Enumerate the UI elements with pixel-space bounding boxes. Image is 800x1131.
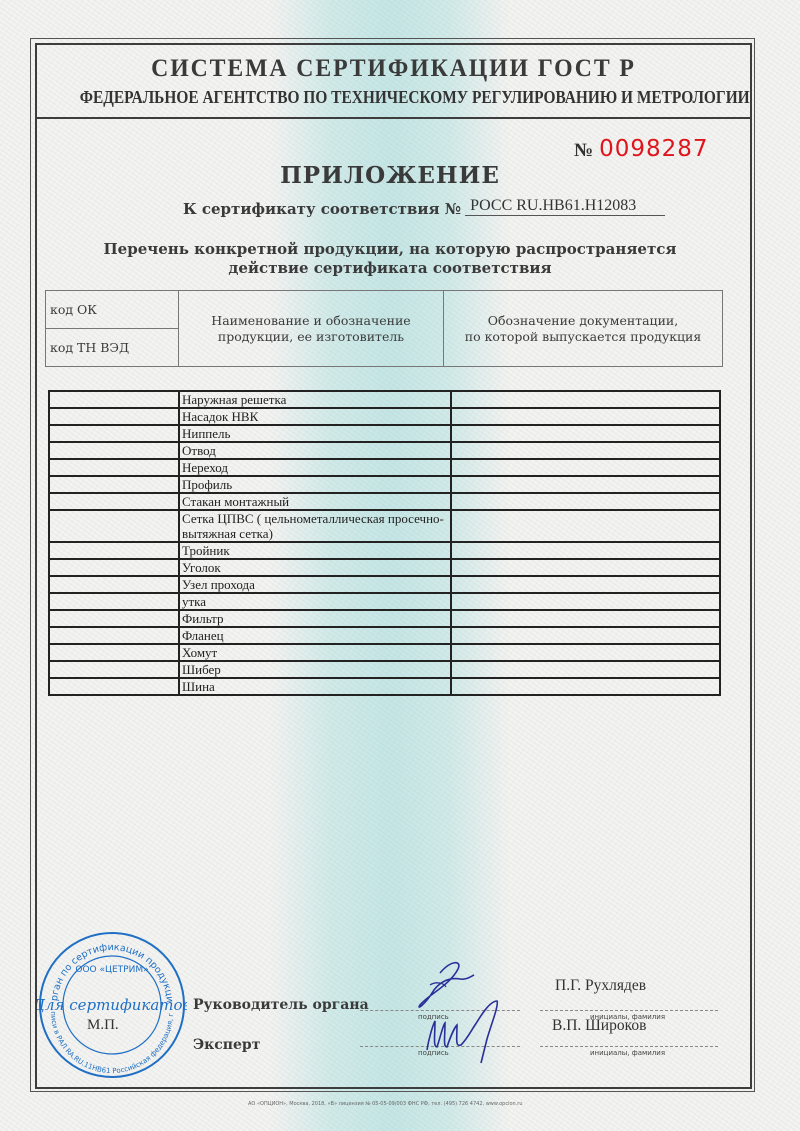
product-name-cell: Наружная решетка (179, 391, 451, 408)
product-doc-cell (451, 493, 720, 510)
product-name-cell: Шина (179, 678, 451, 695)
table-row: Фланец (49, 627, 720, 644)
stamp-center-text: Для сертификатов (37, 996, 187, 1014)
product-doc-cell (451, 593, 720, 610)
certificate-label: К сертификату соответствия № (183, 200, 461, 218)
list-heading: Перечень конкретной продукции, на котору… (0, 240, 780, 278)
products-table: Наружная решеткаНасадок НВКНиппельОтводН… (48, 390, 721, 696)
product-code-cell (49, 425, 179, 442)
code-tn-ved-label: код ТН ВЭД (46, 329, 179, 367)
product-code-cell (49, 576, 179, 593)
expert-name-line (540, 1046, 718, 1047)
product-doc-cell (451, 661, 720, 678)
product-name-cell: Шибер (179, 661, 451, 678)
product-doc-cell (451, 610, 720, 627)
product-doc-cell (451, 644, 720, 661)
product-name-cell: Узел прохода (179, 576, 451, 593)
table-row: Узел прохода (49, 576, 720, 593)
product-code-cell (49, 459, 179, 476)
product-doc-cell (451, 442, 720, 459)
documentation-header-line2: по которой выпускается продукция (448, 329, 718, 345)
expert-name: В.П. Широков (552, 1017, 646, 1035)
column-header-table: код ОК Наименование и обозначение продук… (45, 290, 723, 367)
stamp-mp-label: М.П. (87, 1017, 119, 1034)
product-name-cell: Сетка ЦПВС ( цельнометаллическая просечн… (179, 510, 451, 542)
product-name-cell: Ниппель (179, 425, 451, 442)
product-doc-cell (451, 559, 720, 576)
product-doc-cell (451, 459, 720, 476)
product-name-cell: Хомут (179, 644, 451, 661)
product-name-cell: Насадок НВК (179, 408, 451, 425)
certificate-number: РОСС RU.НВ61.Н12083 (465, 197, 665, 216)
head-of-body-label: Руководитель органа (193, 997, 369, 1013)
head-name: П.Г. Рухлядев (555, 977, 646, 995)
table-row: Шибер (49, 661, 720, 678)
table-row: Уголок (49, 559, 720, 576)
product-code-cell (49, 627, 179, 644)
product-doc-cell (451, 476, 720, 493)
product-code-cell (49, 678, 179, 695)
document-header: СИСТЕМА СЕРТИФИКАЦИИ ГОСТ Р ФЕДЕРАЛЬНОЕ … (37, 45, 750, 119)
product-doc-cell (451, 627, 720, 644)
documentation-header-line1: Обозначение документации, (448, 313, 718, 329)
product-code-cell (49, 593, 179, 610)
table-row: утка (49, 593, 720, 610)
product-name-header: Наименование и обозначение продукции, ее… (179, 291, 444, 367)
product-doc-cell (451, 542, 720, 559)
table-row: Насадок НВК (49, 408, 720, 425)
table-row: Отвод (49, 442, 720, 459)
stamp-org-name: ООО «ЦЕТРИМ» (75, 965, 148, 975)
product-code-cell (49, 476, 179, 493)
table-row: Сетка ЦПВС ( цельнометаллическая просечн… (49, 510, 720, 542)
product-code-cell (49, 644, 179, 661)
product-doc-cell (451, 391, 720, 408)
product-name-cell: Уголок (179, 559, 451, 576)
expert-name-caption: инициалы, фамилия (590, 1049, 665, 1057)
table-row: Фильтр (49, 610, 720, 627)
product-name-cell: Профиль (179, 476, 451, 493)
product-code-cell (49, 661, 179, 678)
expert-label: Эксперт (193, 1037, 260, 1053)
product-code-cell (49, 542, 179, 559)
agency-title: ФЕДЕРАЛЬНОЕ АГЕНТСТВО ПО ТЕХНИЧЕСКОМУ РЕ… (80, 87, 707, 108)
product-code-cell (49, 610, 179, 627)
list-heading-line1: Перечень конкретной продукции, на котору… (0, 240, 780, 259)
table-row: Нереход (49, 459, 720, 476)
table-row: Тройник (49, 542, 720, 559)
product-code-cell (49, 493, 179, 510)
documentation-header: Обозначение документации, по которой вып… (444, 291, 723, 367)
product-name-header-line1: Наименование и обозначение (183, 313, 439, 329)
table-row: Хомут (49, 644, 720, 661)
product-code-cell (49, 559, 179, 576)
print-info: АО «ОПЦИОН», Москва, 2018, «В» лицензия … (248, 1101, 523, 1107)
serial-number: №0098287 (574, 136, 709, 162)
product-name-cell: Фланец (179, 627, 451, 644)
product-doc-cell (451, 510, 720, 542)
table-row: Наружная решетка (49, 391, 720, 408)
product-code-cell (49, 510, 179, 542)
certificate-reference: К сертификату соответствия №РОСС RU.НВ61… (183, 200, 665, 220)
product-name-cell: Тройник (179, 542, 451, 559)
product-name-cell: Фильтр (179, 610, 451, 627)
table-row: Стакан монтажный (49, 493, 720, 510)
product-code-cell (49, 408, 179, 425)
system-title: СИСТЕМА СЕРТИФИКАЦИИ ГОСТ Р (55, 55, 732, 83)
serial-number-value: 0098287 (599, 136, 708, 162)
product-doc-cell (451, 678, 720, 695)
product-doc-cell (451, 576, 720, 593)
appendix-title: ПРИЛОЖЕНИЕ (0, 162, 780, 189)
table-row: Профиль (49, 476, 720, 493)
product-code-cell (49, 391, 179, 408)
certification-stamp: Орган по сертификации продукции ООО «ЦЕТ… (37, 930, 187, 1080)
product-name-cell: Отвод (179, 442, 451, 459)
serial-no-sign: № (574, 140, 593, 161)
product-doc-cell (451, 408, 720, 425)
product-name-cell: утка (179, 593, 451, 610)
product-name-header-line2: продукции, ее изготовитель (183, 329, 439, 345)
expert-signature-icon (415, 995, 515, 1065)
product-name-cell: Стакан монтажный (179, 493, 451, 510)
table-row: Шина (49, 678, 720, 695)
product-doc-cell (451, 425, 720, 442)
product-name-cell: Нереход (179, 459, 451, 476)
code-ok-label: код ОК (46, 291, 179, 329)
list-heading-line2: действие сертификата соответствия (0, 259, 780, 278)
head-name-line (540, 1010, 718, 1011)
table-row: Ниппель (49, 425, 720, 442)
product-code-cell (49, 442, 179, 459)
